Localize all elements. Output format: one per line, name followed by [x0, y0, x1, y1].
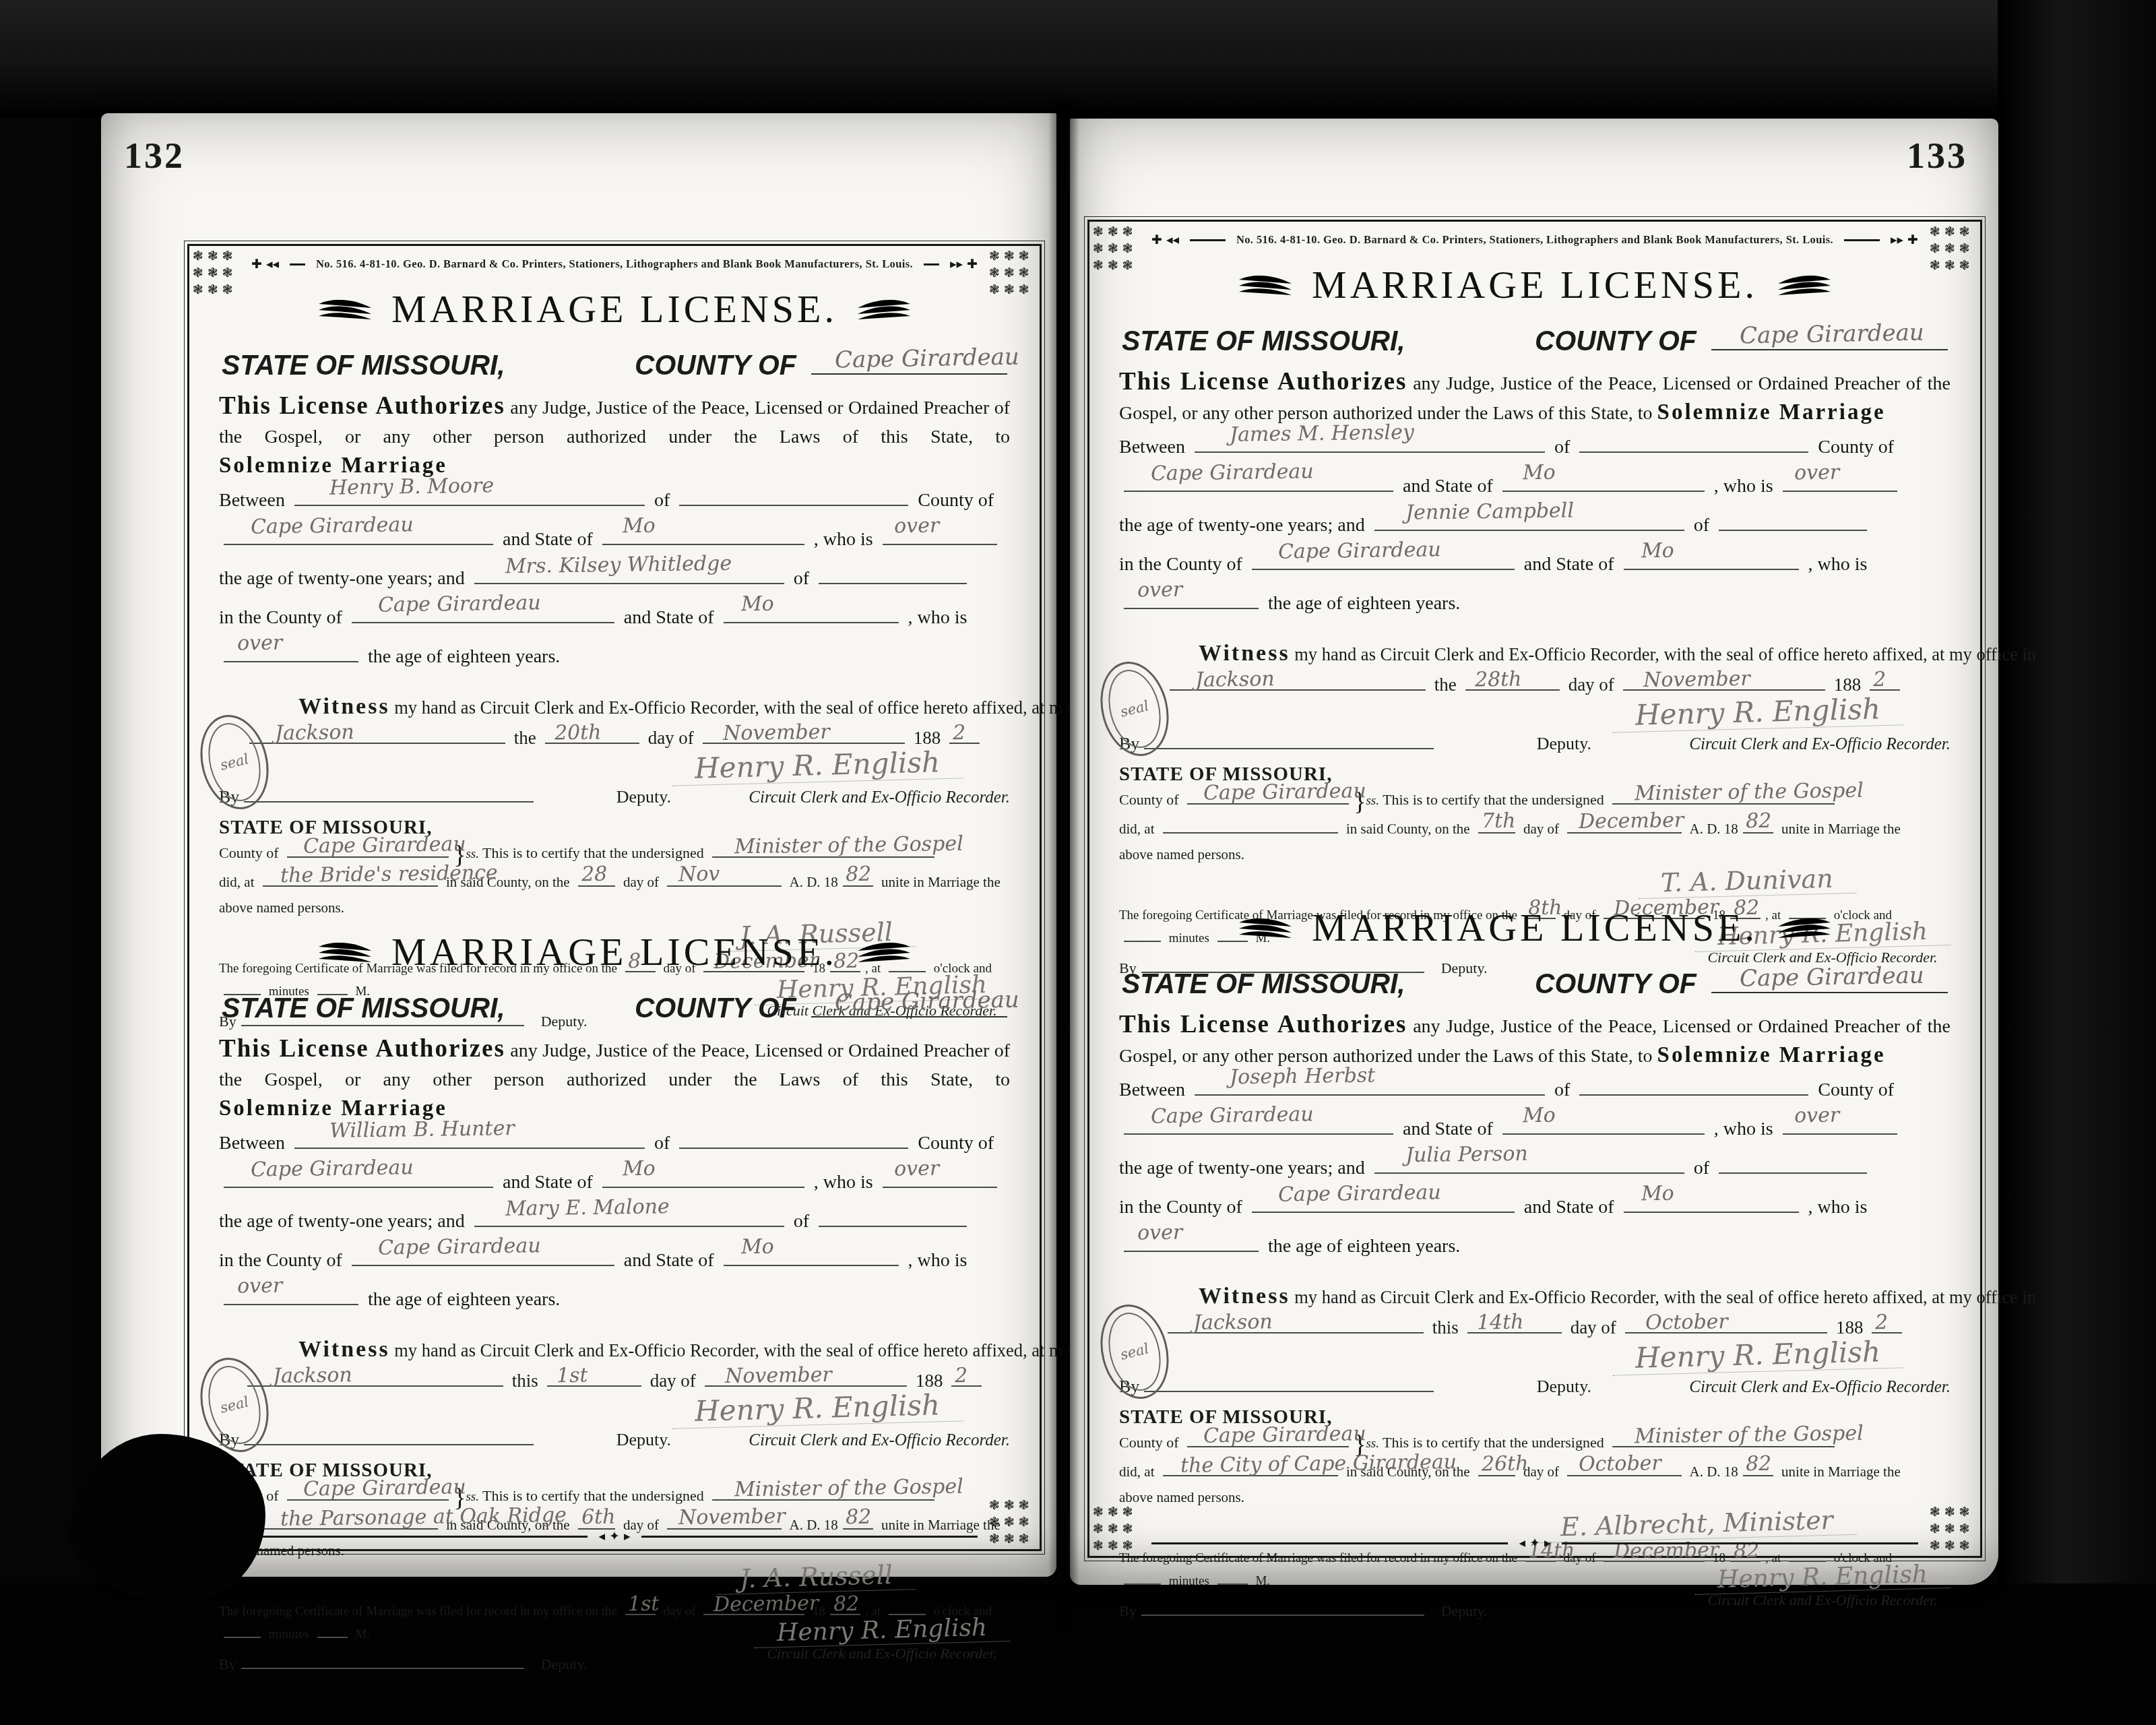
bride-name: Jennie Campbell — [1405, 491, 1574, 532]
witness-month-blank: November — [703, 725, 905, 744]
bride-name-blank: Mary E. Malone — [474, 1208, 784, 1227]
deputy-word: Deputy. — [1438, 734, 1689, 754]
certificate-county-blank: Cape Girardeau — [287, 1482, 449, 1501]
bride-state: Mo — [1641, 1174, 1674, 1214]
marriage-day-blank: 26th — [1478, 1457, 1515, 1476]
groom-name-blank: William B. Hunter — [294, 1130, 645, 1149]
certificate-line-2: did, at in said County, on the 7th day o… — [1119, 815, 1951, 842]
filed-text: The foregoing Certificate of Marriage wa… — [1119, 1551, 1517, 1565]
bride-state: Mo — [740, 585, 774, 625]
marriage-day-blank: 7th — [1478, 815, 1515, 834]
marriage-place-blank: the City of Cape Girardeau — [1163, 1457, 1338, 1476]
deputy-word: Deputy. — [541, 1656, 588, 1673]
oclock-blank — [889, 1596, 926, 1615]
certificate-county: Cape Girardeau — [303, 1474, 466, 1502]
bride-over-blank: over — [224, 644, 358, 662]
county-label: COUNTY OF — [635, 992, 796, 1025]
book-page-133: 133 ❃❃❃❃❃❃❃❃❃ ❃❃❃❃❃❃❃❃❃ ❃❃❃❃❃❃❃❃❃ ❃❃❃❃❃❃… — [1070, 119, 1998, 1585]
photo-background-top — [0, 0, 2156, 118]
witness-year: 2 — [1875, 1311, 1889, 1334]
deputy-word: Deputy. — [1441, 1602, 1488, 1620]
officiant-signature: J. A. Russell — [717, 1559, 916, 1595]
between-line-5: over the age of eighteen years. — [219, 1280, 1010, 1319]
witness-day-blank: 1st — [547, 1368, 641, 1387]
bride-county: Cape Girardeau — [377, 584, 540, 625]
of-word: of — [1694, 515, 1709, 536]
above-named: above named persons. — [1119, 1489, 1244, 1505]
between-line-5: over the age of eighteen years. — [219, 637, 1010, 677]
county-handwritten: Cape Girardeau — [1740, 962, 1925, 993]
groom-name-blank: Henry B. Moore — [294, 487, 645, 506]
marriage-place: the Parsonage at Oak Ridge — [280, 1503, 567, 1532]
marriage-year-blank: 82 — [1743, 815, 1773, 834]
between-line-5: over the age of eighteen years. — [1119, 584, 1951, 623]
page-number: 132 — [124, 135, 185, 177]
witness-month-blank: November — [1623, 672, 1825, 691]
day-of-word: day of — [650, 1371, 696, 1391]
marriage-place-blank — [1163, 815, 1338, 834]
witness-month: November — [1643, 667, 1750, 692]
witness-word: Witness — [298, 1337, 390, 1362]
printer-imprint: No. 516. 4-81-10. Geo. D. Barnard & Co. … — [1236, 233, 1833, 247]
county-blank: Cape Girardeau — [1711, 318, 1948, 350]
of-word: of — [654, 1133, 670, 1154]
minutes-word: minutes — [269, 1627, 309, 1641]
border-arrow-icon: ▸▸ ✚ — [1891, 232, 1918, 247]
age-18-text: the age of eighteen years. — [368, 1289, 560, 1310]
filed-year: 82 — [833, 1592, 859, 1617]
title-flourish-icon — [316, 298, 374, 321]
who-is: , who is — [908, 607, 968, 628]
witness-body: my hand as Circuit Clerk and Ex-Officio … — [394, 697, 1136, 718]
groom-county-blank: Cape Girardeau — [224, 526, 493, 545]
above-named: above named persons. — [219, 900, 344, 916]
book-spine-shadow — [1048, 101, 1079, 1637]
clerk-title: Circuit Clerk and Ex-Officio Recorder. — [1689, 1378, 1951, 1397]
title-flourish-icon — [1236, 274, 1294, 296]
county-of-small: County of — [1119, 1434, 1179, 1451]
groom-over-blank: over — [1783, 473, 1897, 492]
day-of-word: day of — [648, 728, 694, 749]
frame-top-ornament-row: ✚ ◂◂ No. 516. 4-81-10. Geo. D. Barnard &… — [1089, 222, 1980, 251]
solemnize-marriage: Solemnize Marriage — [1657, 400, 1886, 425]
blank-line — [679, 1130, 908, 1149]
ss-abbrev: ss. — [466, 847, 479, 861]
of-word: of — [1554, 437, 1570, 458]
groom-state-blank: Mo — [602, 1169, 804, 1188]
minutes-left: minutes M. — [1119, 1566, 1429, 1589]
deputy-blank — [244, 1426, 534, 1445]
filed-clerk-signature: Henry R. English — [1694, 1560, 1951, 1595]
meridiem-word: M. — [1255, 1574, 1270, 1588]
between-line-4: in the County of Cape Girardeau and Stat… — [219, 1241, 1010, 1280]
authorizes-lead: This License Authorizes — [219, 392, 505, 420]
deputy-word: Deputy. — [538, 787, 749, 807]
clerk-title: Circuit Clerk and Ex-Officio Recorder. — [1707, 1592, 1937, 1609]
witness-day: 1st — [556, 1364, 588, 1388]
by-deputy-row: By Deputy. Circuit Clerk and Ex-Officio … — [1119, 730, 1951, 754]
witness-block: seal Witness my hand as Circuit Clerk an… — [1119, 1284, 1951, 1397]
bride-state-blank: Mo — [1624, 1194, 1799, 1213]
certificate-county: Cape Girardeau — [1203, 778, 1366, 806]
county-handwritten: Cape Girardeau — [1740, 319, 1925, 350]
day-of-word: day of — [664, 1604, 696, 1619]
witness-connector: the — [514, 728, 536, 749]
by-word: By — [219, 1656, 236, 1673]
meridiem-blank — [1217, 1566, 1248, 1585]
did-at: did, at — [1119, 1464, 1155, 1480]
groom-county: Cape Girardeau — [1151, 452, 1314, 493]
county-label: COUNTY OF — [1535, 968, 1697, 1001]
witness-month: October — [1645, 1310, 1728, 1335]
witness-place-blank: Jackson — [1168, 1315, 1424, 1334]
who-is: , who is — [1714, 1119, 1773, 1139]
witness-place: Jackson — [272, 1363, 352, 1388]
day-of-word: day of — [1523, 821, 1559, 837]
minutes-blank — [224, 1619, 261, 1638]
groom-county-blank: Cape Girardeau — [1124, 1116, 1393, 1135]
marriage-license-form: MARRIAGE LICENSE. STATE OF MISSOURI, COU… — [189, 286, 1040, 918]
witness-line-1: Witness my hand as Circuit Clerk and Ex-… — [219, 694, 1010, 720]
filed-clerk-stack: Henry R. English Circuit Clerk and Ex-Of… — [1694, 1563, 1951, 1609]
state-label: STATE OF MISSOURI, — [222, 992, 505, 1025]
groom-over: over — [1794, 453, 1839, 493]
day-of-word: day of — [623, 874, 659, 890]
certificate-block: STATE OF MISSOURI, County of Cape Girard… — [219, 1460, 1010, 1673]
of-word: of — [654, 490, 670, 511]
county-blank: Cape Girardeau — [811, 342, 1007, 375]
state-label: STATE OF MISSOURI, — [222, 349, 505, 382]
minutes-word: minutes — [1169, 1574, 1209, 1588]
witness-month: November — [725, 1363, 832, 1388]
marriage-day-blank: 6th — [578, 1511, 615, 1530]
groom-name: William B. Hunter — [329, 1109, 515, 1151]
between-line-4: in the County of Cape Girardeau and Stat… — [1119, 545, 1951, 584]
blank-line — [1579, 434, 1808, 453]
undersigned-title: Minister of the Gospel — [1635, 778, 1864, 807]
by-word: By — [1119, 1602, 1137, 1620]
authorizes-lead: This License Authorizes — [1119, 1011, 1407, 1038]
officiant-signature: T. A. Dunivan — [1638, 863, 1857, 899]
license-title-row: MARRIAGE LICENSE. — [219, 929, 1010, 974]
and-state-of: and State of — [624, 1250, 714, 1271]
marriage-day: 6th — [581, 1505, 616, 1531]
of-word: of — [794, 568, 809, 589]
groom-state: Mo — [1522, 453, 1556, 493]
certificate-county: Cape Girardeau — [303, 832, 466, 859]
witness-line-2: Jackson the 28th day of November 1882 — [1119, 672, 1951, 695]
license-title: MARRIAGE LICENSE. — [391, 286, 837, 332]
frame-top-ornament-row: ✚ ◂◂ No. 516. 4-81-10. Geo. D. Barnard &… — [189, 246, 1040, 276]
border-arrow-icon: ✚ ◂◂ — [1151, 232, 1179, 247]
clerk-signature: Henry R. English — [1612, 1334, 1903, 1375]
bride-state-blank: Mo — [724, 1247, 899, 1266]
ad-18: A. D. 18 — [1689, 1464, 1738, 1480]
marriage-place: the City of Cape Girardeau — [1180, 1449, 1457, 1479]
blank-line — [679, 487, 908, 506]
witness-day: 14th — [1476, 1311, 1523, 1335]
county-handwritten: Cape Girardeau — [835, 986, 1020, 1017]
between-line-2: Cape Girardeau and State of Mo , who is … — [1119, 1110, 1951, 1149]
between-line-3: the age of twenty-one years; and Julia P… — [1119, 1149, 1951, 1188]
blank-line — [1579, 1077, 1808, 1096]
photo-background-right — [1998, 0, 2156, 1725]
ornamental-frame: ❃❃❃❃❃❃❃❃❃ ❃❃❃❃❃❃❃❃❃ ❃❃❃❃❃❃❃❃❃ ❃❃❃❃❃❃❃❃❃ … — [1087, 220, 1982, 1558]
witness-place: Jackson — [1195, 667, 1274, 692]
filed-month-blank: December — [703, 1596, 804, 1615]
groom-county: Cape Girardeau — [251, 505, 414, 546]
authorizes-lead: This License Authorizes — [219, 1035, 505, 1063]
day-of-word: day of — [1568, 675, 1614, 695]
certificate-county-blank: Cape Girardeau — [1187, 1429, 1349, 1447]
of-word: of — [1694, 1158, 1709, 1179]
witness-line-1: Witness my hand as Circuit Clerk and Ex-… — [1119, 1284, 1951, 1309]
age-18-text: the age of eighteen years. — [368, 646, 560, 667]
groom-state-blank: Mo — [1502, 1116, 1705, 1135]
witness-day: 20th — [554, 721, 601, 745]
county-of-small: County of — [219, 844, 279, 861]
clerk-signature-row: Henry R. English — [219, 749, 1010, 782]
undersigned-blank: Minister of the Gospel — [1612, 1429, 1835, 1447]
deputy-blank — [241, 1650, 524, 1669]
witness-line-2: Jackson the 20th day of November 1882 — [219, 725, 1010, 749]
deputy-blank — [244, 784, 534, 803]
authorization-paragraph: This License Authorizes any Judge, Justi… — [219, 391, 1010, 481]
bride-county-blank: Cape Girardeau — [352, 604, 614, 623]
who-is: , who is — [1808, 554, 1868, 575]
bride-name: Mary E. Malone — [505, 1187, 670, 1228]
groom-over-blank: over — [883, 1169, 997, 1188]
witness-year: 2 — [955, 1364, 968, 1387]
certify-text: This is to certify that the undersigned — [482, 844, 704, 861]
filed-clerk-stack: Henry R. English Circuit Clerk and Ex-Of… — [754, 1617, 1010, 1662]
certificate-county-blank: Cape Girardeau — [287, 839, 449, 858]
license-title-row: MARRIAGE LICENSE. — [1119, 262, 1951, 307]
between-line-4: in the County of Cape Girardeau and Stat… — [1119, 1188, 1951, 1227]
between-line-5: over the age of eighteen years. — [1119, 1227, 1951, 1266]
officiant-signature-row: J. A. Russell — [219, 1562, 1010, 1592]
solemnize-marriage: Solemnize Marriage — [1657, 1043, 1886, 1067]
did-at: did, at — [219, 874, 255, 890]
ss-abbrev: ss. — [1366, 794, 1379, 808]
groom-over: over — [893, 507, 939, 546]
witness-body: my hand as Circuit Clerk and Ex-Officio … — [1294, 1287, 2036, 1307]
border-arrow-icon: ◂ ✦ ▸ — [598, 1529, 630, 1544]
marriage-month: December — [1579, 808, 1684, 835]
bride-over-blank: over — [1124, 1233, 1259, 1252]
bride-name-blank: Julia Person — [1374, 1155, 1684, 1174]
clerk-title: Circuit Clerk and Ex-Officio Recorder. — [767, 1645, 996, 1662]
who-is: , who is — [1808, 1197, 1868, 1218]
witness-day-blank: 28th — [1465, 672, 1560, 691]
witness-connector: this — [1432, 1317, 1459, 1338]
bride-county-blank: Cape Girardeau — [1252, 1194, 1515, 1213]
clerk-signature-row: Henry R. English — [219, 1391, 1010, 1425]
and-state-of: and State of — [624, 607, 714, 628]
marriage-month-blank: November — [667, 1511, 782, 1530]
license-title: MARRIAGE LICENSE. — [1312, 905, 1758, 950]
dark-corner-shadow — [70, 1434, 265, 1602]
between-line-3: the age of twenty-one years; and Mrs. Ki… — [219, 559, 1010, 598]
by-deputy-row: By Deputy. Circuit Clerk and Ex-Officio … — [1119, 1373, 1951, 1397]
state-county-row: STATE OF MISSOURI, COUNTY OF Cape Girard… — [1119, 961, 1951, 1001]
page-number: 133 — [1907, 135, 1967, 177]
certify-text: This is to certify that the undersigned — [1383, 1434, 1604, 1451]
seal-word: seal — [1118, 1340, 1150, 1363]
witness-year-blank: 2 — [951, 1368, 982, 1387]
ss-abbrev: ss. — [1366, 1437, 1379, 1451]
bride-over: over — [237, 1267, 283, 1307]
marriage-day-blank: 28 — [578, 868, 615, 887]
witness-word: Witness — [1199, 1284, 1290, 1309]
license-title-row: MARRIAGE LICENSE. — [1119, 905, 1951, 950]
bride-over-blank: over — [1124, 590, 1259, 609]
witness-year-blank: 2 — [1872, 1315, 1902, 1334]
clerk-title: Circuit Clerk and Ex-Officio Recorder. — [749, 1431, 1010, 1450]
by-deputy-row: By Deputy. Circuit Clerk and Ex-Officio … — [219, 784, 1010, 807]
deputy-word: Deputy. — [538, 1430, 749, 1450]
county-blank: Cape Girardeau — [1711, 961, 1948, 993]
marriage-year: 82 — [846, 1505, 872, 1531]
title-flourish-icon — [1775, 916, 1833, 939]
filed-text: The foregoing Certificate of Marriage wa… — [219, 1604, 617, 1619]
witness-place: Jackson — [1193, 1310, 1272, 1335]
bride-county: Cape Girardeau — [377, 1226, 540, 1267]
undersigned-blank: Minister of the Gospel — [1612, 786, 1835, 805]
blank-line — [1719, 1155, 1867, 1174]
undersigned-blank: Minister of the Gospel — [712, 839, 934, 858]
title-flourish-icon — [316, 941, 374, 964]
deputy-blank — [1144, 1373, 1434, 1392]
between-line-3: the age of twenty-one years; and Mary E.… — [219, 1202, 1010, 1241]
groom-name: Henry B. Moore — [329, 466, 495, 507]
groom-county: Cape Girardeau — [1151, 1095, 1314, 1136]
certify-text: This is to certify that the undersigned — [482, 1487, 704, 1504]
minutes-left: minutes M. — [219, 1619, 529, 1642]
meridiem-blank — [317, 1619, 348, 1638]
marriage-month: November — [678, 1504, 786, 1531]
marriage-year: 82 — [1746, 1451, 1772, 1478]
bride-county-blank: Cape Girardeau — [1252, 551, 1515, 570]
witness-day-blank: 20th — [545, 725, 639, 744]
bride-state-blank: Mo — [724, 604, 899, 623]
license-title: MARRIAGE LICENSE. — [391, 929, 837, 974]
witness-year: 2 — [953, 721, 966, 745]
witness-line-2: Jackson this 14th day of October 1882 — [1119, 1315, 1951, 1338]
unite-text: unite in Marriage the — [1781, 821, 1901, 837]
groom-over: over — [893, 1150, 939, 1189]
witness-year-blank: 2 — [949, 725, 980, 744]
state-label: STATE OF MISSOURI, — [1122, 325, 1405, 358]
deputy-blank — [1141, 1597, 1424, 1616]
seal-word: seal — [1118, 697, 1150, 720]
marriage-place: the Bride's residence — [280, 860, 498, 889]
marriage-place-blank: the Bride's residence — [263, 868, 438, 887]
witness-line-1: Witness my hand as Circuit Clerk and Ex-… — [219, 1337, 1010, 1362]
book-page-132: 132 ❃❃❃❃❃❃❃❃❃ ❃❃❃❃❃❃❃❃❃ ❃❃❃❃❃❃❃❃❃ ❃❃❃❃❃❃… — [101, 113, 1056, 1577]
bride-name: Mrs. Kilsey Whitledge — [505, 544, 732, 587]
state-county-row: STATE OF MISSOURI, COUNTY OF Cape Girard… — [1119, 318, 1951, 358]
witness-place-blank: Jackson — [247, 1368, 503, 1387]
groom-state: Mo — [622, 507, 656, 546]
witness-day: 28th — [1474, 668, 1521, 692]
officiant-signature-row: E. Albrecht, Minister — [1119, 1509, 1951, 1539]
of-word: of — [1554, 1079, 1570, 1100]
marriage-year-blank: 82 — [843, 1511, 873, 1530]
groom-name-blank: James M. Hensley — [1195, 434, 1545, 453]
scanned-book-photo: { "document_type": "Marriage license rec… — [0, 0, 2156, 1725]
witness-body: my hand as Circuit Clerk and Ex-Officio … — [394, 1340, 1136, 1360]
clerk-signature-row: Henry R. English — [1119, 1338, 1951, 1372]
minutes-blank — [1124, 1566, 1161, 1585]
witness-year-blank: 2 — [1870, 672, 1900, 691]
county-handwritten: Cape Girardeau — [835, 344, 1020, 374]
marriage-license-form: MARRIAGE LICENSE. STATE OF MISSOURI, COU… — [1089, 262, 1980, 894]
groom-county-blank: Cape Girardeau — [224, 1169, 493, 1188]
witness-block: seal Witness my hand as Circuit Clerk an… — [219, 1337, 1010, 1450]
officiant-signature-row: T. A. Dunivan — [1119, 866, 1951, 896]
clerk-signature-row: Henry R. English — [1119, 695, 1951, 729]
age-18-text: the age of eighteen years. — [1268, 1236, 1460, 1257]
groom-over-blank: over — [1783, 1116, 1897, 1135]
deputy-blank — [1144, 730, 1434, 749]
witness-word: Witness — [298, 694, 390, 719]
groom-name: James M. Hensley — [1230, 413, 1415, 455]
frame-bottom-ornament-row: ◂ ✦ ▸ — [251, 1529, 978, 1544]
certificate-line-2: did, at the Bride's residence in said Co… — [219, 868, 1010, 895]
and-state-of: and State of — [1524, 1197, 1614, 1218]
blank-line — [819, 1208, 967, 1227]
witness-line-1: Witness my hand as Circuit Clerk and Ex-… — [1119, 641, 1951, 666]
by-deputy-row: By Deputy. Circuit Clerk and Ex-Officio … — [219, 1426, 1010, 1450]
certificate-line-1: County of Cape Girardeau}ss. This is to … — [1119, 786, 1951, 815]
filed-day-blank: 1st — [625, 1596, 656, 1615]
bride-name-blank: Jennie Campbell — [1374, 512, 1684, 531]
county-of-small: County of — [1119, 791, 1179, 808]
groom-county: Cape Girardeau — [251, 1148, 414, 1189]
certificate-county-blank: Cape Girardeau — [1187, 786, 1349, 805]
bride-over-blank: over — [224, 1286, 358, 1305]
ornamental-frame: ❃❃❃❃❃❃❃❃❃ ❃❃❃❃❃❃❃❃❃ ❃❃❃❃❃❃❃❃❃ ❃❃❃❃❃❃❃❃❃ … — [187, 244, 1042, 1551]
border-arrow-icon: ▸▸ ✚ — [950, 257, 978, 272]
bride-over: over — [1137, 571, 1183, 610]
witness-year: 2 — [1873, 668, 1886, 691]
meridiem-word: M. — [355, 1627, 370, 1641]
witness-block: seal Witness my hand as Circuit Clerk an… — [1119, 641, 1951, 754]
filed-day: 1st — [628, 1592, 660, 1617]
undersigned-title: Minister of the Gospel — [1635, 1421, 1864, 1450]
state-county-row: STATE OF MISSOURI, COUNTY OF Cape Girard… — [219, 985, 1010, 1025]
filed-clerk-signature: Henry R. English — [753, 1613, 1010, 1648]
witness-place-blank: Jackson — [249, 725, 505, 744]
marriage-month: Nov — [678, 862, 720, 888]
of-word: of — [794, 1211, 809, 1232]
witness-day-blank: 14th — [1467, 1315, 1562, 1334]
and-state-of: and State of — [1524, 554, 1614, 575]
day-of-word: day of — [1571, 1317, 1616, 1338]
undersigned-blank: Minister of the Gospel — [712, 1482, 934, 1501]
unite-text: unite in Marriage the — [881, 874, 1001, 890]
groom-county-blank: Cape Girardeau — [1124, 473, 1393, 492]
did-at: did, at — [1119, 821, 1155, 837]
who-is: , who is — [814, 529, 873, 550]
marriage-year-blank: 82 — [843, 868, 873, 887]
state-county-row: STATE OF MISSOURI, COUNTY OF Cape Girard… — [219, 342, 1010, 382]
marriage-month-blank: Nov — [667, 868, 782, 887]
groom-state: Mo — [622, 1150, 656, 1189]
marriage-day: 7th — [1482, 809, 1516, 835]
undersigned-title: Minister of the Gospel — [734, 832, 963, 860]
